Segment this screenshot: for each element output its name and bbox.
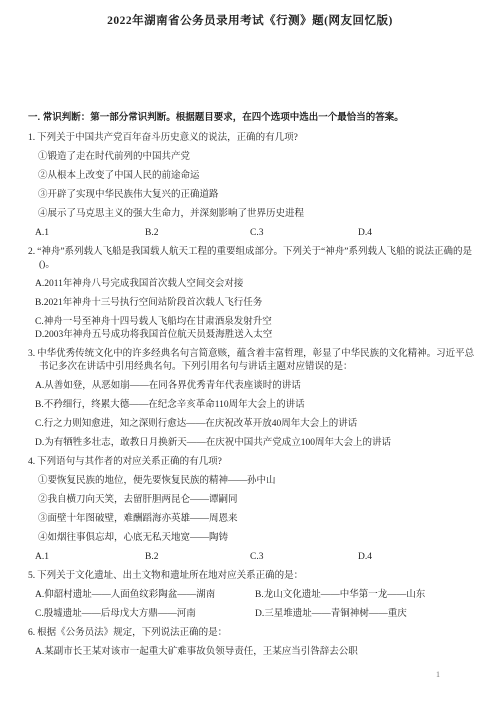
option-c: C.3 bbox=[250, 227, 358, 240]
document-title: 2022年湖南省公务员录用考试《行测》题(网友回忆版) bbox=[0, 12, 500, 28]
question-4-item-3: ③面壁十年图破壁，难酬蹈海亦英雄——周恩来 bbox=[28, 513, 478, 526]
question-2-stem: 2.“神舟”系列载人飞船是我国载人航天工程的重要组成部分。下列关于“神舟”系列载… bbox=[28, 246, 478, 272]
option-b: B.2 bbox=[145, 227, 250, 240]
option-b: B.龙山文化遗址——中华第一龙——山东 bbox=[255, 589, 478, 602]
option-b: B.2 bbox=[145, 551, 250, 564]
question-4-item-2: ②我自横刀向天笑，去留肝胆两昆仑——谭嗣同 bbox=[28, 494, 478, 507]
question-4-item-4: ④如烟往事俱忘却，心底无私天地宽——陶铸 bbox=[28, 532, 478, 545]
question-1-options-row: A.1 B.2 C.3 D.4 bbox=[28, 227, 478, 240]
question-4-item-1: ①要恢复民族的地位，便先要恢复民族的精神——孙中山 bbox=[28, 475, 478, 488]
question-3-option-c: C.行之力则知愈进，知之深则行愈达——在庆祝改革开放40周年大会上的讲话 bbox=[28, 418, 478, 431]
question-1-item-1: ①锻造了走在时代前列的中国共产党 bbox=[28, 151, 478, 164]
question-number: 6. bbox=[28, 628, 35, 638]
document-page: 2022年湖南省公务员录用考试《行测》题(网友回忆版) 一. 常识判断：第一部分… bbox=[0, 0, 500, 708]
option-c: C.殷墟遗址——后母戊大方鼎——河南 bbox=[35, 608, 255, 621]
question-text: 中华优秀传统文化中的许多经典名句言简意赅，蕴含着丰富哲理，彰显了中华民族的文化精… bbox=[37, 349, 474, 372]
option-c: C.3 bbox=[250, 551, 358, 564]
question-5-stem: 5.下列关于文化遗址、出土文物和遗址所在地对应关系正确的是： bbox=[28, 570, 478, 583]
question-5: 5.下列关于文化遗址、出土文物和遗址所在地对应关系正确的是： A.仰韶村遗址——… bbox=[28, 570, 478, 621]
question-4-stem: 4.下列语句与其作者的对应关系正确的有几项? bbox=[28, 456, 478, 469]
question-text: 下列关于中国共产党百年奋斗历史意义的说法，正确的有几项? bbox=[37, 133, 298, 143]
page-number: 1 bbox=[436, 670, 440, 679]
question-1-item-2: ②从根本上改变了中国人民的前途命运 bbox=[28, 170, 478, 183]
question-2-option-d: D.2003年神舟五号成功将我国首位航天员聂海胜送入太空 bbox=[28, 329, 478, 342]
option-d: D.三星堆遗址——青铜神树——重庆 bbox=[255, 608, 478, 621]
question-number: 4. bbox=[28, 457, 35, 467]
question-number: 2. bbox=[28, 247, 35, 257]
option-a: A.仰韶村遗址——人面鱼纹彩陶盆——湖南 bbox=[35, 589, 255, 602]
question-4-options-row: A.1 B.2 C.3 D.4 bbox=[28, 551, 478, 564]
question-text: 根据《公务员法》规定，下列说法正确的是： bbox=[37, 628, 227, 638]
option-a: A.1 bbox=[35, 227, 145, 240]
question-1-item-3: ③开辟了实现中华民族伟大复兴的正确道路 bbox=[28, 189, 478, 202]
question-number: 1. bbox=[28, 133, 35, 143]
option-d: D.4 bbox=[358, 551, 478, 564]
question-3-option-b: B.不矜细行，终累大德——在纪念辛亥革命110周年大会上的讲话 bbox=[28, 399, 478, 412]
question-1-stem: 1.下列关于中国共产党百年奋斗历史意义的说法，正确的有几项? bbox=[28, 132, 478, 145]
question-2-option-a: A.2011年神舟八号完成我国首次载人空间交会对接 bbox=[28, 278, 478, 291]
document-body: 一. 常识判断：第一部分常识判断。根据题目要求，在四个选项中选出一个最恰当的答案… bbox=[28, 111, 478, 665]
question-number: 5. bbox=[28, 571, 35, 581]
question-text: 下列关于文化遗址、出土文物和遗址所在地对应关系正确的是： bbox=[37, 571, 303, 581]
question-6-stem: 6.根据《公务员法》规定，下列说法正确的是： bbox=[28, 627, 478, 640]
question-3-option-d: D.为有牺牲多壮志，敢教日月换新天——在庆祝中国共产党成立100周年大会上的讲话 bbox=[28, 437, 478, 450]
question-text: 下列语句与其作者的对应关系正确的有几项? bbox=[37, 457, 222, 467]
question-2-option-b: B.2021年神舟十三号执行空间站阶段首次载人飞行任务 bbox=[28, 297, 478, 310]
question-2-option-c: C.神舟一号至神舟十四号载人飞船均在甘肃酒泉发射升空 bbox=[28, 316, 478, 329]
question-1: 1.下列关于中国共产党百年奋斗历史意义的说法，正确的有几项? ①锻造了走在时代前… bbox=[28, 132, 478, 240]
question-6: 6.根据《公务员法》规定，下列说法正确的是： A.某副市长王某对该市一起重大矿难… bbox=[28, 627, 478, 659]
option-a: A.1 bbox=[35, 551, 145, 564]
question-text: “神舟”系列载人飞船是我国载人航天工程的重要组成部分。下列关于“神舟”系列载人飞… bbox=[37, 247, 472, 270]
question-5-options-grid: A.仰韶村遗址——人面鱼纹彩陶盆——湖南 B.龙山文化遗址——中华第一龙——山东… bbox=[28, 589, 478, 621]
question-3: 3.中华优秀传统文化中的许多经典名句言简意赅，蕴含着丰富哲理，彰显了中华民族的文… bbox=[28, 348, 478, 450]
question-4: 4.下列语句与其作者的对应关系正确的有几项? ①要恢复民族的地位，便先要恢复民族… bbox=[28, 456, 478, 564]
question-2: 2.“神舟”系列载人飞船是我国载人航天工程的重要组成部分。下列关于“神舟”系列载… bbox=[28, 246, 478, 342]
question-3-option-a: A.从善如登，从恶如崩——在同各界优秀青年代表座谈时的讲话 bbox=[28, 380, 478, 393]
question-1-item-4: ④展示了马克思主义的强大生命力，并深刻影响了世界历史进程 bbox=[28, 208, 478, 221]
option-d: D.4 bbox=[358, 227, 478, 240]
question-6-option-a: A.某副市长王某对该市一起重大矿难事故负领导责任，王某应当引咎辞去公职 bbox=[28, 646, 478, 659]
question-3-stem: 3.中华优秀传统文化中的许多经典名句言简意赅，蕴含着丰富哲理，彰显了中华民族的文… bbox=[28, 348, 478, 374]
section-heading: 一. 常识判断：第一部分常识判断。根据题目要求，在四个选项中选出一个最恰当的答案… bbox=[28, 111, 478, 124]
question-number: 3. bbox=[28, 349, 35, 359]
